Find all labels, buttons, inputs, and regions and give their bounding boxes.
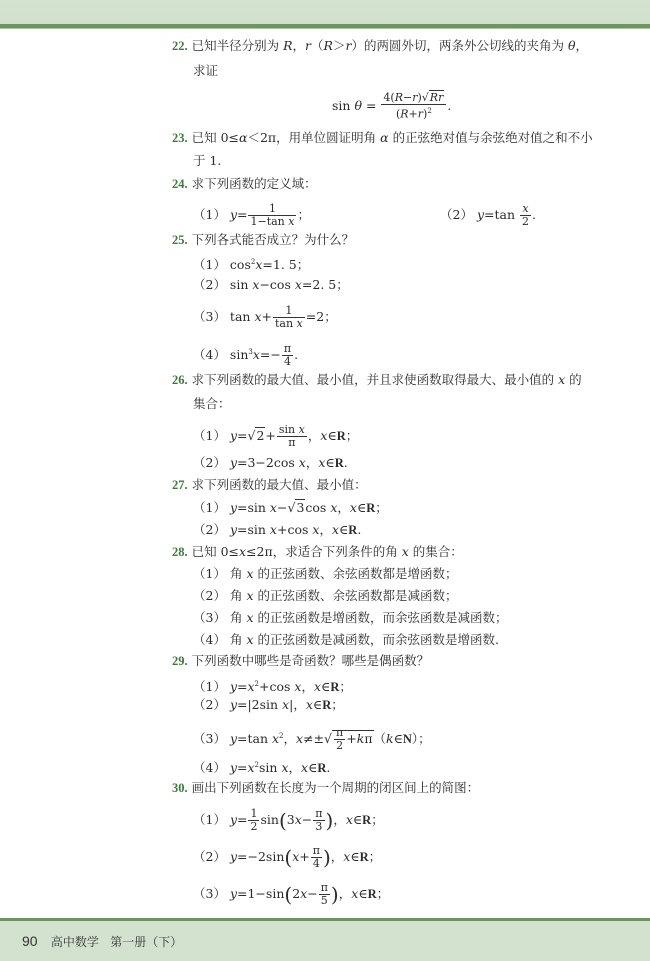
problem-24: 24. 求下列函数的定义域： (172, 176, 317, 192)
problem-26-part-2: （2） y=3−2cos x，x∈R. (193, 455, 348, 471)
page-number: 90 (22, 933, 38, 949)
problem-27-part-2: （2） y=sin x+cos x，x∈R. (193, 522, 361, 538)
problem-number: 25. (172, 233, 188, 247)
header-band (0, 0, 650, 24)
problem-28-part-2: （2） 角 x 的正弦函数、余弦函数都是减函数； (193, 588, 458, 604)
problem-text: 的 (569, 372, 582, 387)
problem-28: 28. 已知 0≤x≤2π，求适合下列条件的角 x 的集合： (172, 544, 463, 560)
problem-27: 27. 求下列函数的最大值、最小值： (172, 477, 367, 493)
problem-text: 求下列函数的定义域： (192, 176, 317, 191)
problem-number: 27. (172, 478, 188, 492)
problem-29-part-3: （3） y=tan x2，x≠±√π2+kπ（k∈N）； (193, 727, 431, 752)
problem-text: 的集合： (413, 544, 463, 559)
problem-30: 30. 画出下列函数在长度为一个周期的闭区间上的简图： (172, 780, 479, 796)
problem-number: 22. (172, 39, 188, 53)
problem-25-part-3: （3） tan x+1tan x=2； (193, 305, 337, 330)
book-title: 高中数学 (51, 935, 99, 949)
problem-text: 下列函数中哪些是奇函数？哪些是偶函数？ (192, 653, 430, 668)
problem-text: ＜2π，用单位圆证明角 (247, 130, 376, 145)
problem-22-line2: 求证 (193, 63, 218, 79)
problem-28-part-4: （4） 角 x 的正弦函数是减函数，而余弦函数是增函数. (193, 632, 499, 648)
problem-text: 的正弦绝对值与余弦绝对值之和不小 (393, 130, 593, 145)
problem-text: 已知 0≤ (192, 544, 239, 559)
problem-text: 求下列函数的最大值、最小值，并且求使函数取得最大、最小值的 (192, 372, 555, 387)
problem-number: 28. (172, 545, 188, 559)
problem-text: 画出下列函数在长度为一个周期的闭区间上的简图： (192, 780, 480, 795)
header-rule (0, 24, 650, 29)
problem-23: 23. 已知 0≤α＜2π，用单位圆证明角 α 的正弦绝对值与余弦绝对值之和不小 (172, 130, 593, 146)
problem-number: 24. (172, 177, 188, 191)
problem-28-part-3: （3） 角 x 的正弦函数是增函数，而余弦函数是减函数； (193, 610, 508, 626)
problem-text: 的两圆外切，两条外公切线的夹角为 (364, 38, 564, 53)
problem-26-part-1: （1） y=√2+sin xπ，x∈R； (193, 424, 358, 449)
problem-text: ≤2π，求适合下列条件的角 (246, 544, 398, 559)
page-footer: 90 高中数学 第一册（下） (22, 933, 182, 950)
problem-number: 29. (172, 654, 188, 668)
problem-25-part-4: （4） sin3x=−π4. (193, 343, 298, 368)
problem-27-part-1: （1） y=sin x−√3cos x，x∈R； (193, 500, 388, 516)
problem-24-part-1: （1） y=11−tan x； (193, 203, 310, 228)
problem-number: 26. (172, 373, 188, 387)
problem-25: 25. 下列各式能否成立？为什么？ (172, 232, 354, 248)
problem-28-part-1: （1） 角 x 的正弦函数、余弦函数都是增函数； (193, 566, 458, 582)
problem-25-part-1: （1） cos2x=1. 5； (193, 254, 309, 273)
problem-29-part-2: （2） y=|2sin x|，x∈R； (193, 697, 344, 713)
problem-30-part-3: （3） y=1−sin(2x−π5)，x∈R； (193, 882, 389, 907)
problem-30-part-1: （1） y=12sin(3x−π3)，x∈R； (193, 808, 384, 833)
problem-text: 已知半径分别为 (192, 38, 280, 53)
volume-label: 第一册（下） (110, 935, 182, 949)
problem-text: 已知 0≤ (192, 130, 239, 145)
problem-text: 下列各式能否成立？为什么？ (192, 232, 355, 247)
problem-29: 29. 下列函数中哪些是奇函数？哪些是偶函数？ (172, 653, 429, 669)
problem-26: 26. 求下列函数的最大值、最小值，并且求使函数取得最大、最小值的 x 的 (172, 372, 582, 388)
problem-number: 23. (172, 131, 188, 145)
problem-30-part-2: （2） y=−2sin(x+π4)，x∈R； (193, 845, 381, 870)
problem-26-line2: 集合： (193, 396, 231, 412)
problem-23-line2: 于 1. (193, 153, 221, 169)
problem-24-part-2: （2） y=tan x2. (440, 203, 536, 228)
problem-22: 22. 已知半径分别为 R，r（R＞r）的两圆外切，两条外公切线的夹角为 θ， (172, 38, 588, 54)
problem-text: 求下列函数的最大值、最小值： (192, 477, 367, 492)
problem-29-part-4: （4） y=x2sin x，x∈R. (193, 757, 330, 776)
problem-25-part-2: （2） sin x−cos x=2. 5； (193, 277, 349, 293)
problem-number: 30. (172, 781, 188, 795)
problem-29-part-1: （1） y=x2+cos x，x∈R； (193, 676, 352, 695)
formula-22: sin θ = 4(R−r)√Rr(R+r)2. (332, 92, 451, 121)
